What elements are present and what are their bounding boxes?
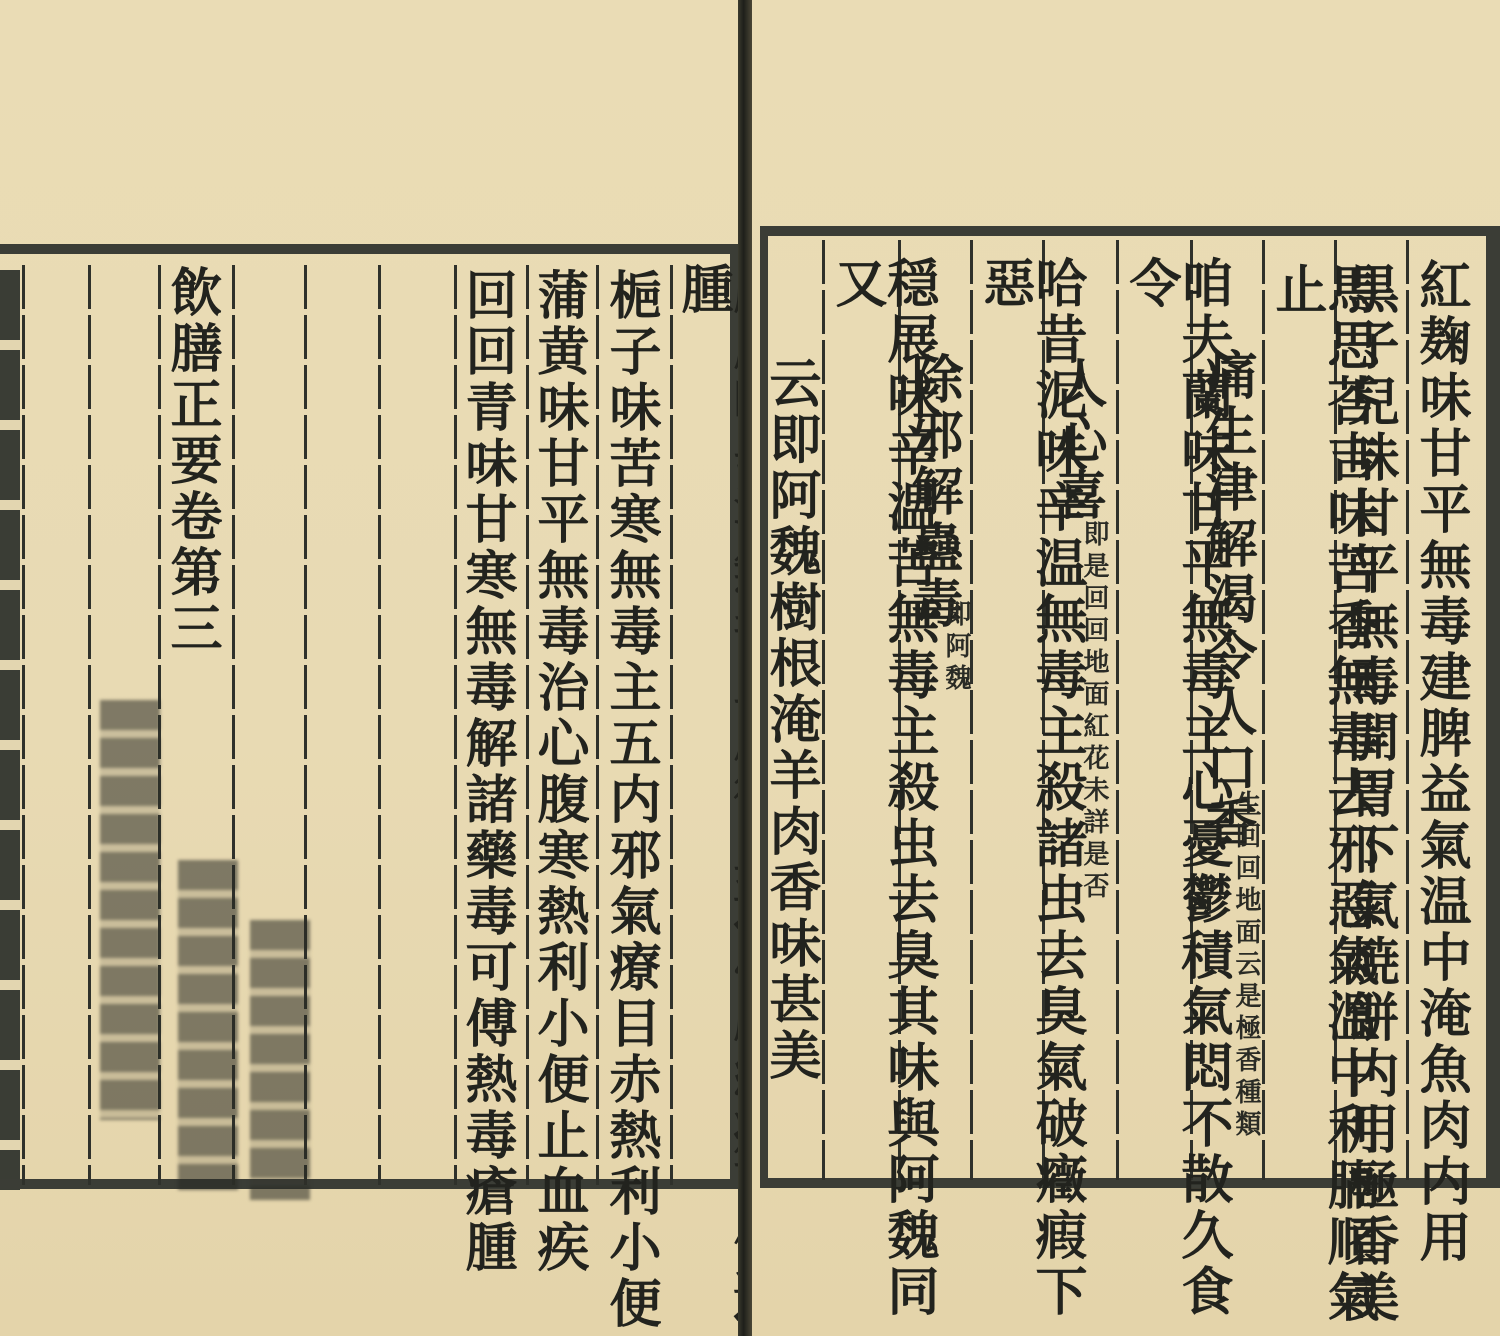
bleed-through-mark — [178, 860, 238, 1190]
left-page: 飲膳正要卷第三 回回青味甘寒無毒解諸藥毒可傅熱毒瘡腫 蒲黄味甘平無毒治心腹寒熱利… — [0, 0, 738, 1336]
right-page-edge-border — [1486, 226, 1500, 1188]
volume-title: 飲膳正要卷第三 — [165, 265, 217, 657]
column-rule — [1262, 240, 1265, 1180]
column-rule — [378, 265, 381, 1185]
book-gutter — [738, 0, 752, 1336]
column-rule — [1406, 240, 1409, 1180]
column-rule — [670, 265, 673, 1185]
text-column-hongqu: 紅麹味甘平無毒建脾益氣温中淹魚肉内用 — [1414, 258, 1466, 1266]
column-rule — [22, 265, 25, 1185]
bleed-through-mark — [100, 700, 160, 1120]
text-column-huihuiqing: 回回青味甘寒無毒解諸藥毒可傅熱毒瘡腫 — [460, 268, 512, 1276]
column-rule — [596, 265, 599, 1185]
bleed-through-mark — [250, 920, 310, 1200]
text-column-zafulan: 咱夫蘭味甘平無毒主心憂鬱積氣悶不散久食令 — [1124, 256, 1228, 1336]
text-column-puhuang: 蒲黄味甘平無毒治心腹寒熱利小便止血疾 — [532, 268, 584, 1276]
column-rule — [822, 240, 825, 1180]
text-column-wenzhan: 穏展味辛温苦無毒主殺虫去臭其味與阿魏同又 — [830, 256, 934, 1336]
column-rule — [88, 265, 91, 1185]
column-rule — [1116, 240, 1119, 1180]
text-column-masidaji: 馬思荅吉味苦香無毒去邪惡氣温中利膈順氣止 — [1270, 262, 1374, 1336]
column-rule — [970, 240, 973, 1180]
text-column-zhizi: 梔子味苦寒無毒主五内邪氣療目赤熱利小便 — [604, 268, 656, 1332]
text-column-haxini: 哈昔泥味辛温無毒主殺諸虫去臭氣破癥瘕下惡 — [978, 256, 1082, 1336]
text-column-wenzhan-cont: 云即阿魏樹根淹羊肉香味甚美 — [764, 356, 816, 1084]
